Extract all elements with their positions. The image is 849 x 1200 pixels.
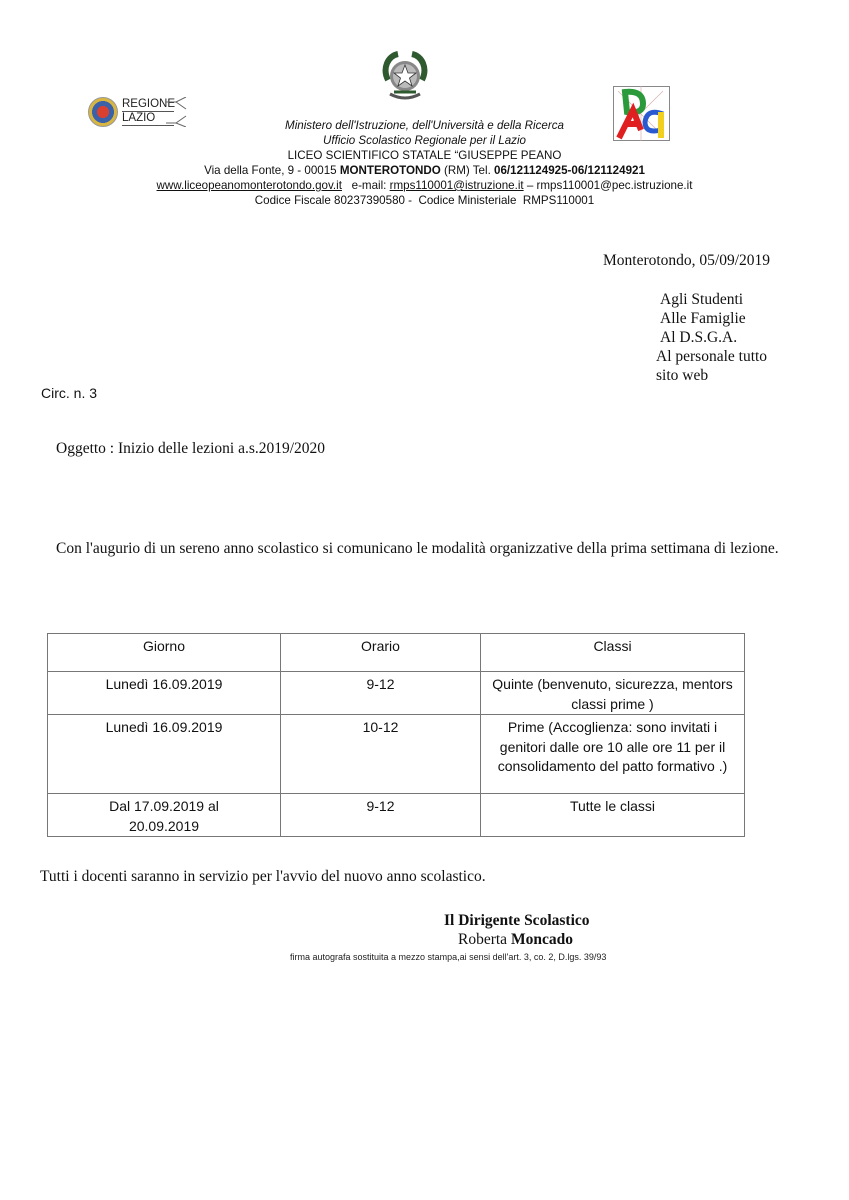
school-contacts: www.liceopeanomonterotondo.gov.it e-mail… <box>0 178 849 193</box>
letterhead: Ministero dell'Istruzione, dell'Universi… <box>0 118 849 208</box>
cell-orario: 9-12 <box>281 672 481 715</box>
table-row: Dal 17.09.2019 al 20.09.2019 9-12 Tutte … <box>48 794 745 837</box>
school-name: LICEO SCIENTIFICO STATALE “GIUSEPPE PEAN… <box>0 148 849 163</box>
recipient-families: Alle Famiglie <box>660 309 746 328</box>
cell-giorno: Lunedì 16.09.2019 <box>48 672 281 715</box>
table-header-row: Giorno Orario Classi <box>48 634 745 672</box>
recipient-students: Agli Studenti <box>660 290 743 309</box>
signatory-title: Il Dirigente Scolastico <box>444 912 590 930</box>
table-row: Lunedì 16.09.2019 10-12 Prime (Accoglien… <box>48 715 745 794</box>
cell-classi: Tutte le classi <box>481 794 745 837</box>
closing-statement: Tutti i docenti saranno in servizio per … <box>40 868 486 886</box>
header-giorno: Giorno <box>48 634 281 672</box>
recipient-staff: Al personale tutto <box>656 347 767 366</box>
cell-giorno: Dal 17.09.2019 al 20.09.2019 <box>48 794 281 837</box>
subject-line: Oggetto : Inizio delle lezioni a.s.2019/… <box>56 440 325 458</box>
header-orario: Orario <box>281 634 481 672</box>
phone-number: 06/121124925-06/121124921 <box>494 164 645 177</box>
signature-legal-note: firma autografa sostituita a mezzo stamp… <box>290 952 606 962</box>
signatory-name: Roberta Moncado <box>458 931 573 949</box>
cell-giorno: Lunedì 16.09.2019 <box>48 715 281 794</box>
circular-number: Circ. n. 3 <box>41 385 97 401</box>
website-link[interactable]: www.liceopeanomonterotondo.gov.it <box>157 179 342 192</box>
recipient-dsga: Al D.S.G.A. <box>660 328 737 347</box>
ministry-name: Ministero dell'Istruzione, dell'Universi… <box>0 118 849 133</box>
italian-republic-emblem-icon <box>380 50 430 106</box>
cell-orario: 9-12 <box>281 794 481 837</box>
cell-classi: Prime (Accoglienza: sono invitati i geni… <box>481 715 745 794</box>
intro-paragraph: Con l'augurio di un sereno anno scolasti… <box>56 538 816 559</box>
cell-orario: 10-12 <box>281 715 481 794</box>
header-classi: Classi <box>481 634 745 672</box>
cell-classi: Quinte (benvenuto, sicurezza, mentors cl… <box>481 672 745 715</box>
table-row: Lunedì 16.09.2019 9-12 Quinte (benvenuto… <box>48 672 745 715</box>
regional-office: Ufficio Scolastico Regionale per il Lazi… <box>0 133 849 148</box>
pec-email: rmps110001@pec.istruzione.it <box>537 179 693 192</box>
place-date: Monterotondo, 05/09/2019 <box>603 252 770 270</box>
school-codes: Codice Fiscale 80237390580 - Codice Mini… <box>0 193 849 208</box>
schedule-table: Giorno Orario Classi Lunedì 16.09.2019 9… <box>47 633 745 837</box>
school-address: Via della Fonte, 9 - 00015 MONTEROTONDO … <box>0 163 849 178</box>
recipient-website: sito web <box>656 366 708 385</box>
email-link[interactable]: rmps110001@istruzione.it <box>390 179 524 192</box>
